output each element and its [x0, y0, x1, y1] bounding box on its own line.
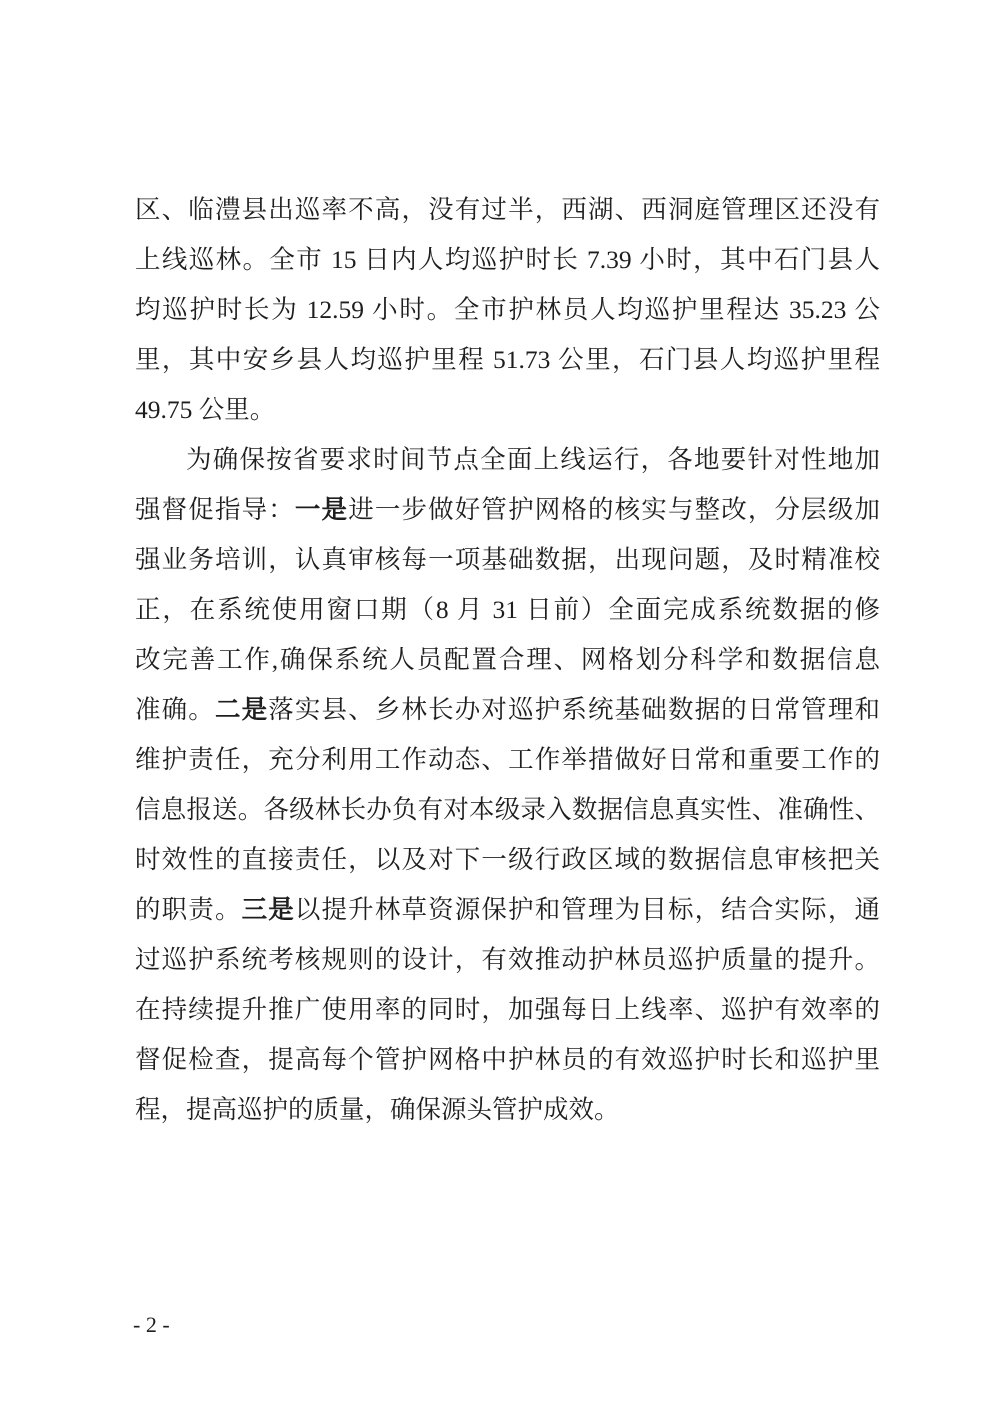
text-segment: 正，在系统使用窗口期（8 月 31 日前）全面完成系统数据的修 — [135, 595, 880, 624]
text-line: 上线巡林。全市 15 日内人均巡护时长 7.39 小时，其中石门县人 — [135, 235, 880, 285]
text-segment: 维护责任，充分利用工作动态、工作举措做好日常和重要工作的 — [135, 745, 880, 774]
text-segment: 的职责。 — [135, 895, 242, 924]
text-segment: 过巡护系统考核规则的设计，有效推动护林员巡护质量的提升。 — [135, 945, 880, 974]
text-segment: 改完善工作,确保系统人员配置合理、网格划分科学和数据信息 — [135, 645, 880, 674]
text-line: 准确。二是落实县、乡林长办对巡护系统基础数据的日常管理和 — [135, 685, 880, 735]
text-segment: 在持续提升推广使用率的同时，加强每日上线率、巡护有效率的 — [135, 995, 880, 1024]
text-line: 里，其中安乡县人均巡护里程 51.73 公里，石门县人均巡护里程 — [135, 335, 880, 385]
text-line: 过巡护系统考核规则的设计，有效推动护林员巡护质量的提升。 — [135, 935, 880, 985]
emphasis-bold: 二是 — [215, 695, 268, 724]
text-line: 信息报送。各级林长办负有对本级录入数据信息真实性、准确性、 — [135, 785, 880, 835]
text-line: 督促检查，提高每个管护网格中护林员的有效巡护时长和巡护里 — [135, 1035, 880, 1085]
text-segment: 以提升林草资源保护和管理为目标，结合实际，通 — [295, 895, 880, 924]
text-segment: 为确保按省要求时间节点全面上线运行，各地要针对性地加 — [186, 445, 880, 474]
text-segment: 区、临澧县出巡率不高，没有过半，西湖、西洞庭管理区还没有 — [135, 195, 880, 224]
text-line: 区、临澧县出巡率不高，没有过半，西湖、西洞庭管理区还没有 — [135, 185, 880, 235]
text-line: 49.75 公里。 — [135, 385, 880, 435]
page-number: - 2 - — [133, 1310, 170, 1340]
text-line: 改完善工作,确保系统人员配置合理、网格划分科学和数据信息 — [135, 635, 880, 685]
text-line: 程，提高巡护的质量，确保源头管护成效。 — [135, 1085, 880, 1135]
text-segment: 准确。 — [135, 695, 215, 724]
text-line: 均巡护时长为 12.59 小时。全市护林员人均巡护里程达 35.23 公 — [135, 285, 880, 335]
text-line: 强业务培训，认真审核每一项基础数据，出现问题，及时精准校 — [135, 535, 880, 585]
text-line: 在持续提升推广使用率的同时，加强每日上线率、巡护有效率的 — [135, 985, 880, 1035]
text-segment: 强督促指导： — [135, 495, 295, 524]
text-segment: 信息报送。各级林长办负有对本级录入数据信息真实性、准确性、 — [135, 795, 880, 824]
text-line: 正，在系统使用窗口期（8 月 31 日前）全面完成系统数据的修 — [135, 585, 880, 635]
document-page: 区、临澧县出巡率不高，没有过半，西湖、西洞庭管理区还没有上线巡林。全市 15 日… — [0, 0, 1000, 1415]
text-line: 为确保按省要求时间节点全面上线运行，各地要针对性地加 — [135, 435, 880, 485]
text-segment: 强业务培训，认真审核每一项基础数据，出现问题，及时精准校 — [135, 545, 880, 574]
text-segment: 里，其中安乡县人均巡护里程 51.73 公里，石门县人均巡护里程 — [135, 345, 880, 374]
text-segment: 时效性的直接责任，以及对下一级行政区域的数据信息审核把关 — [135, 845, 880, 874]
text-line: 维护责任，充分利用工作动态、工作举措做好日常和重要工作的 — [135, 735, 880, 785]
text-segment: 进一步做好管护网格的核实与整改，分层级加 — [348, 495, 880, 524]
text-segment: 落实县、乡林长办对巡护系统基础数据的日常管理和 — [268, 695, 880, 724]
text-segment: 均巡护时长为 12.59 小时。全市护林员人均巡护里程达 35.23 公 — [135, 295, 880, 324]
text-segment: 上线巡林。全市 15 日内人均巡护时长 7.39 小时，其中石门县人 — [135, 245, 880, 274]
emphasis-bold: 一是 — [295, 495, 348, 524]
text-line: 的职责。三是以提升林草资源保护和管理为目标，结合实际，通 — [135, 885, 880, 935]
document-body: 区、临澧县出巡率不高，没有过半，西湖、西洞庭管理区还没有上线巡林。全市 15 日… — [135, 185, 880, 1135]
text-line: 时效性的直接责任，以及对下一级行政区域的数据信息审核把关 — [135, 835, 880, 885]
text-segment: 程，提高巡护的质量，确保源头管护成效。 — [135, 1095, 620, 1124]
text-segment: 49.75 公里。 — [135, 395, 275, 424]
emphasis-bold: 三是 — [242, 895, 295, 924]
text-segment: 督促检查，提高每个管护网格中护林员的有效巡护时长和巡护里 — [135, 1045, 880, 1074]
text-line: 强督促指导：一是进一步做好管护网格的核实与整改，分层级加 — [135, 485, 880, 535]
